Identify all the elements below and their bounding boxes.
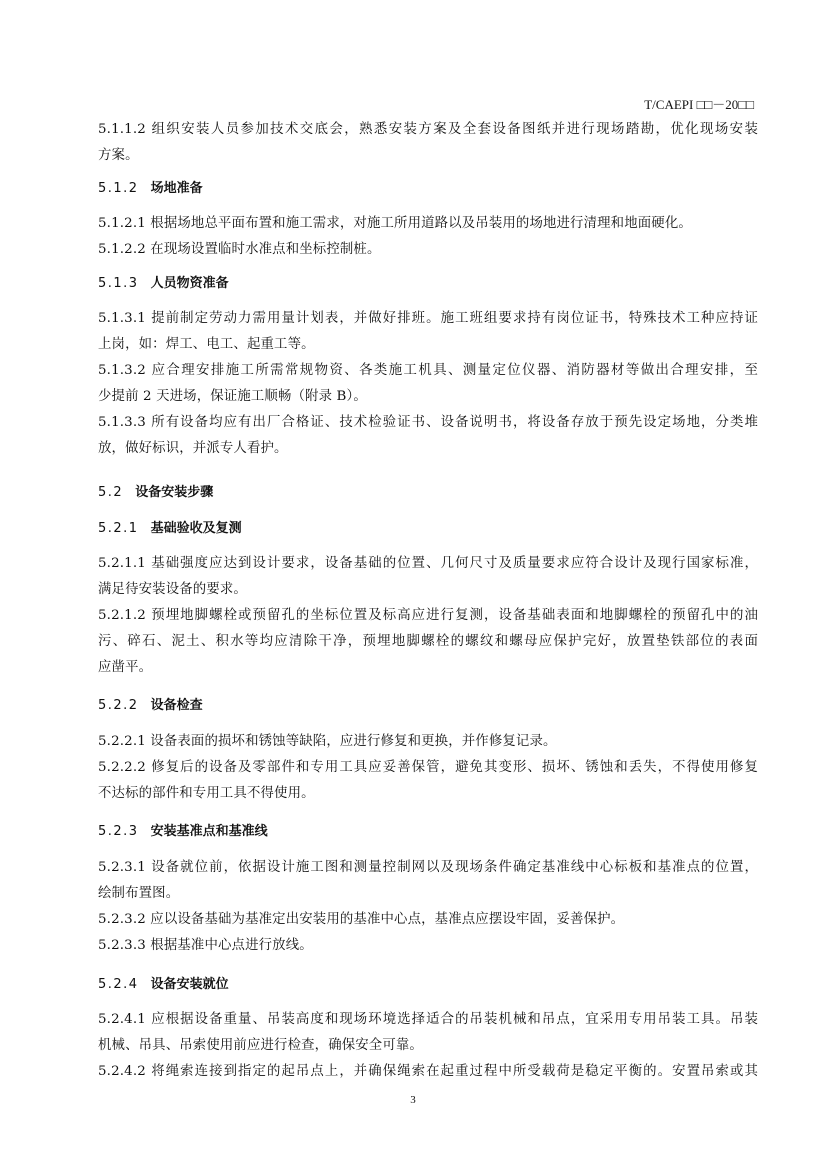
section-title: 设备检查: [151, 698, 203, 713]
para-line: 5.1.3.1 提前制定劳动力需用量计划表，并做好排班。施工班组要求持有岗位证书…: [98, 310, 758, 328]
para-line: 5.2.1.1 基础强度应达到设计要求，设备基础的位置、几何尺寸及质量要求应符合…: [98, 555, 758, 573]
para-line: 5.2.2.2 修复后的设备及零部件和专用工具应妥善保管，避免其变形、损坏、锈蚀…: [98, 759, 758, 777]
para-line: 5.2.4.2 将绳索连接到指定的起吊点上，并确保绳索在起重过程中所受载荷是稳定…: [98, 1063, 758, 1081]
para-line: 满足待安装设备的要求。: [98, 581, 758, 599]
section-number: 5.1.2: [98, 181, 139, 196]
para-line: 5.2.4.1 应根据设备重量、吊装高度和现场环境选择适合的吊装机械和吊点，宜采…: [98, 1011, 758, 1029]
para-line: 5.2.3.2 应以设备基础为基准定出安装用的基准中心点，基准点应摆设牢固，妥善…: [98, 911, 758, 929]
para-line: 不达标的部件和专用工具不得使用。: [98, 785, 758, 803]
para-line: 5.1.2.2 在现场设置临时水准点和坐标控制桩。: [98, 241, 758, 259]
para-line: 5.2.3.1 设备就位前，依据设计施工图和测量控制网以及现场条件确定基准线中心…: [98, 859, 758, 877]
section-number: 5.2.2: [98, 698, 139, 713]
page-number: 3: [0, 1094, 826, 1106]
para-line: 5.1.1.2 组织安装人员参加技术交底会，熟悉安装方案及全套设备图纸并进行现场…: [98, 121, 758, 139]
para-line: 绘制布置图。: [98, 885, 758, 903]
para-line: 5.1.2.1 根据场地总平面布置和施工需求，对施工所用道路以及吊装用的场地进行…: [98, 215, 758, 233]
para-line: 5.2.1.2 预埋地脚螺栓或预留孔的坐标位置及标高应进行复测，设备基础表面和地…: [98, 607, 758, 625]
section-heading-5-2-4: 5.2.4设备安装就位: [98, 976, 229, 994]
section-title: 设备安装就位: [151, 977, 229, 992]
section-heading-5-1-2: 5.1.2场地准备: [98, 180, 203, 198]
para-line: 少提前 2 天进场，保证施工顺畅（附录 B）。: [98, 388, 758, 406]
section-title: 基础验收及复测: [151, 521, 242, 536]
para-line: 放，做好标识，并派专人看护。: [98, 440, 758, 458]
section-number: 5.2.4: [98, 977, 139, 992]
para-line: 应凿平。: [98, 659, 758, 677]
para-line: 方案。: [98, 147, 758, 165]
section-title: 场地准备: [151, 181, 203, 196]
para-line: 5.2.2.1 设备表面的损坏和锈蚀等缺陷，应进行修复和更换，并作修复记录。: [98, 733, 758, 751]
section-title: 设备安装步骤: [135, 485, 213, 500]
document-code: T/CAEPI □□－20□□: [644, 96, 754, 114]
para-line: 5.1.3.2 应合理安排施工所需常规物资、各类施工机具、测量定位仪器、消防器材…: [98, 362, 758, 380]
section-title: 安装基准点和基准线: [151, 824, 268, 839]
para-line: 污、碎石、泥土、积水等均应清除干净，预埋地脚螺栓的螺纹和螺母应保护完好，放置垫铁…: [98, 633, 758, 651]
para-line: 机械、吊具、吊索使用前应进行检查，确保安全可靠。: [98, 1037, 758, 1055]
section-title: 人员物资准备: [151, 276, 229, 291]
para-line: 5.2.3.3 根据基准中心点进行放线。: [98, 937, 758, 955]
section-number: 5.1.3: [98, 276, 139, 291]
para-line: 上岗，如：焊工、电工、起重工等。: [98, 336, 758, 354]
section-number: 5.2.3: [98, 824, 139, 839]
para-line: 5.1.3.3 所有设备均应有出厂合格证、技术检验证书、设备说明书，将设备存放于…: [98, 414, 758, 432]
document-page: T/CAEPI □□－20□□ 5.1.1.2 组织安装人员参加技术交底会，熟悉…: [0, 0, 826, 1169]
section-number: 5.2: [98, 485, 123, 500]
section-heading-5-2-2: 5.2.2设备检查: [98, 697, 203, 715]
section-heading-5-2-3: 5.2.3安装基准点和基准线: [98, 823, 268, 841]
section-number: 5.2.1: [98, 521, 139, 536]
section-heading-5-1-3: 5.1.3人员物资准备: [98, 275, 229, 293]
section-heading-5-2: 5.2设备安装步骤: [98, 484, 213, 502]
section-heading-5-2-1: 5.2.1基础验收及复测: [98, 520, 242, 538]
